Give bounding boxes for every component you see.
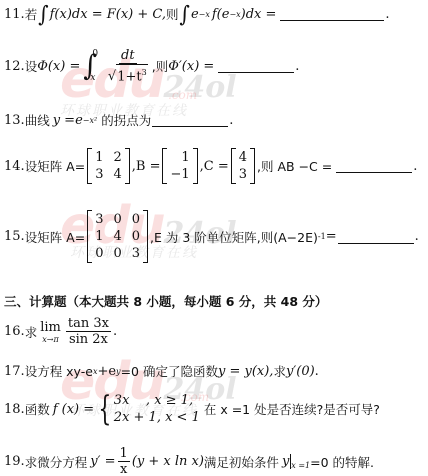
fraction: 1 x [118, 446, 130, 476]
question-16: 16. 求 lim x→π tan 3x sin 2x . [4, 316, 117, 347]
piecewise-cases: 3x , x ≥ 1, 2x + 1, x < 1 [114, 392, 200, 426]
answer-blank-13[interactable] [152, 113, 228, 127]
question-14: 14. 设矩阵 A= 12 34 ,B = 1 −1 ,C = 4 3 ,则 A… [4, 148, 417, 184]
fraction: tan 3x sin 2x [66, 316, 111, 347]
fraction: dt √1+t3 [106, 48, 150, 84]
question-13: 13. 曲线 y =e−x² 的拐点为 . [4, 111, 233, 129]
question-18: 18. 函数 f (x) = { 3x , x ≥ 1, 2x + 1, x <… [4, 392, 380, 426]
section-title: 三、计算题（本大题共 8 小题，每小题 6 分，共 48 分） [4, 292, 327, 310]
matrix-B: 1 −1 [162, 148, 197, 184]
answer-blank-15[interactable] [338, 230, 414, 244]
integral-sign: ∫ [180, 3, 190, 25]
question-11: 11. 若 ∫ f(x)dx = F(x) + C, 则 ∫ e−x f(e−x… [4, 4, 390, 24]
answer-blank-12[interactable] [218, 59, 294, 73]
matrix-A: 300 140 003 [87, 210, 148, 263]
matrix-A: 12 34 [87, 148, 130, 184]
question-19: 19. 求微分方程 y′ = 1 x (y + x ln x) 满足初始条件 y… [4, 446, 374, 476]
matrix-C: 4 3 [231, 148, 255, 184]
answer-blank-14[interactable] [336, 159, 412, 173]
question-12: 12. 设 Φ(x) = ∫ 0 x dt √1+t3 ,则 Φ′(x) = . [4, 48, 299, 84]
left-brace: { [98, 392, 111, 426]
question-15: 15. 设矩阵 A= 300 140 003 ,E 为 3 阶单位矩阵,则(A−… [4, 210, 419, 263]
answer-blank-11[interactable] [280, 7, 384, 21]
integral-sign: ∫ [38, 3, 48, 25]
limit: lim x→π [40, 320, 61, 344]
question-17: 17. 设方程 xy-ex +ey =0 确定了隐函数 y = y(x), 求 … [4, 362, 319, 380]
